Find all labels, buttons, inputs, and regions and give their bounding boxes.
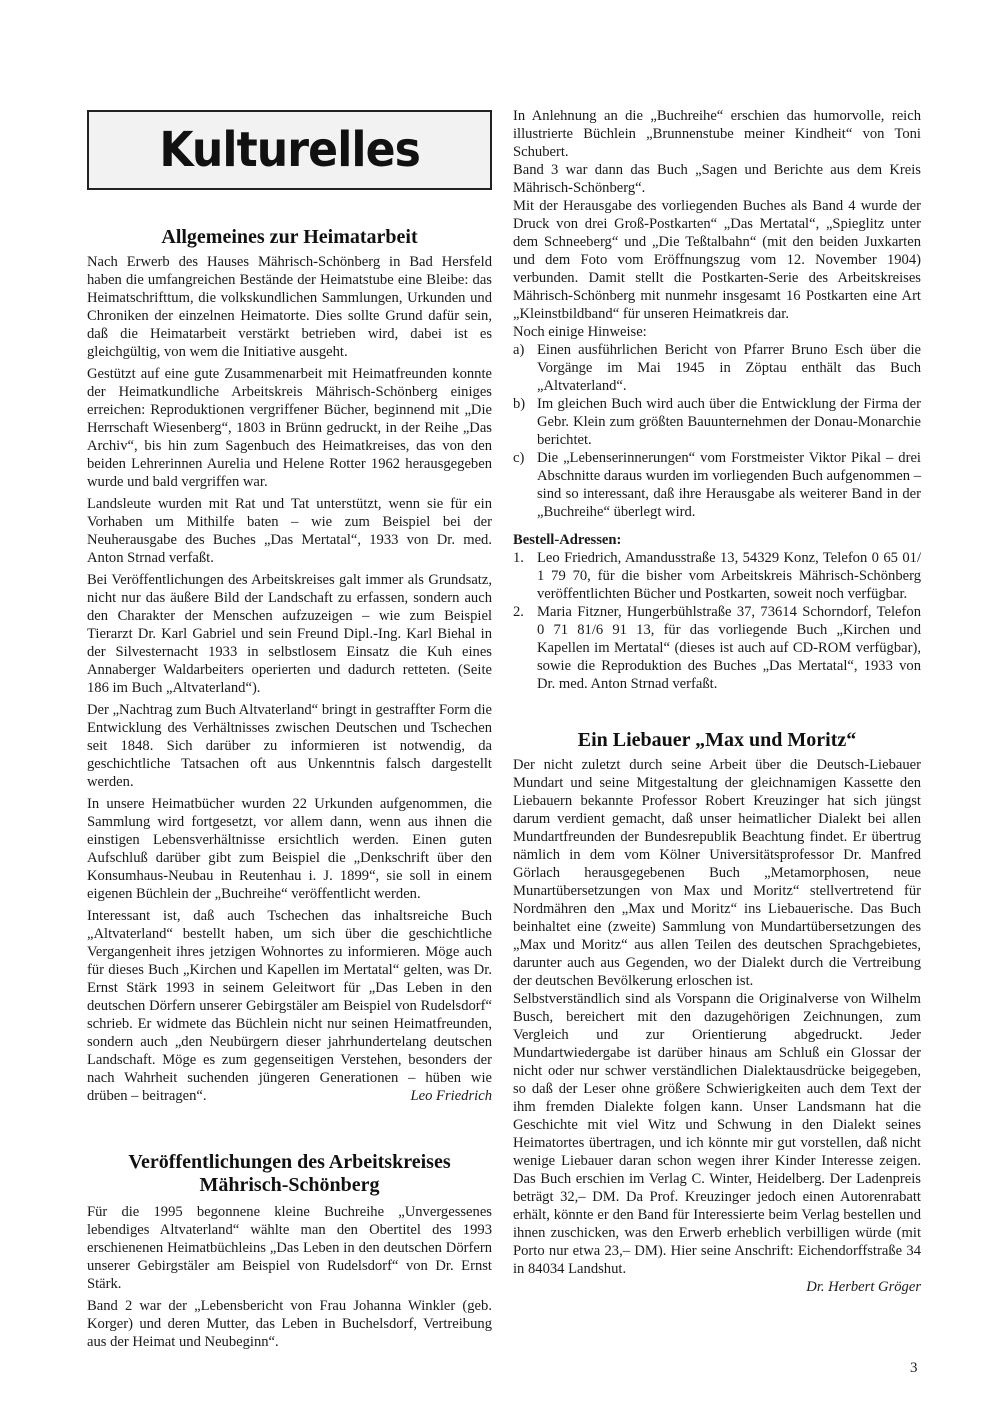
- list-item: 2.Maria Fitzner, Hungerbühlstraße 37, 73…: [513, 603, 921, 693]
- paragraph: Nach Erwerb des Hauses Mährisch-Schönber…: [87, 253, 492, 361]
- list-item: c)Die „Lebenserinnerungen“ vom Forstmeis…: [513, 449, 921, 521]
- article-title-heimatarbeit: Allgemeines zur Heimatarbeit: [87, 226, 492, 249]
- author-byline: Dr. Herbert Gröger: [513, 1278, 921, 1296]
- addresses-list: 1.Leo Friedrich, Amandusstraße 13, 54329…: [513, 549, 921, 693]
- paragraph: Mit der Herausgabe des vorliegenden Buch…: [513, 197, 921, 323]
- paragraph: Für die 1995 begonnene kleine Buchreihe …: [87, 1203, 492, 1293]
- list-marker: c): [513, 449, 524, 467]
- paragraph: Bei Veröffentlichungen des Arbeitskreise…: [87, 571, 492, 697]
- list-marker: 1.: [513, 549, 524, 567]
- paragraph: In unsere Heimatbücher wurden 22 Urkunde…: [87, 795, 492, 903]
- paragraph: Der nicht zuletzt durch seine Arbeit übe…: [513, 756, 921, 990]
- paragraph: Selbstverständlich sind als Vorspann die…: [513, 990, 921, 1278]
- list-marker: a): [513, 341, 524, 359]
- paragraph: Gestützt auf eine gute Zusammenarbeit mi…: [87, 365, 492, 491]
- list-text: Einen ausführlichen Bericht von Pfarrer …: [537, 342, 921, 394]
- list-item: 1.Leo Friedrich, Amandusstraße 13, 54329…: [513, 549, 921, 603]
- paragraph-text: Interessant ist, daß auch Tschechen das …: [87, 908, 492, 1104]
- list-item: a)Einen ausführlichen Bericht von Pfarre…: [513, 341, 921, 395]
- notes-list: a)Einen ausführlichen Bericht von Pfarre…: [513, 341, 921, 521]
- paragraph: Band 2 war der „Lebensbericht von Frau J…: [87, 1297, 492, 1351]
- article-title-max-und-moritz: Ein Liebauer „Max und Moritz“: [513, 729, 921, 752]
- paragraph: In Anlehnung an die „Buchreihe“ erschien…: [513, 107, 921, 161]
- paragraph: Band 3 war dann das Buch „Sagen und Beri…: [513, 161, 921, 197]
- paragraph: Interessant ist, daß auch Tschechen das …: [87, 907, 492, 1105]
- page-number: 3: [910, 1360, 918, 1377]
- paragraph: Der „Nachtrag zum Buch Altvaterland“ bri…: [87, 701, 492, 791]
- list-text: Leo Friedrich, Amandusstraße 13, 54329 K…: [537, 550, 921, 602]
- title-line: Veröffentlichungen des Arbeitskreises: [128, 1151, 450, 1173]
- title-line: Mährisch-Schönberg: [200, 1174, 380, 1196]
- list-item: b)Im gleichen Buch wird auch über die En…: [513, 395, 921, 449]
- list-text: Maria Fitzner, Hungerbühlstraße 37, 7361…: [537, 604, 921, 692]
- left-column: Allgemeines zur Heimatarbeit Nach Erwerb…: [87, 0, 492, 1355]
- paragraph: Noch einige Hinweise:: [513, 323, 921, 341]
- list-text: Die „Lebenserinnerungen“ vom Forstmeiste…: [537, 450, 921, 520]
- paragraph: Landsleute wurden mit Rat und Tat unters…: [87, 495, 492, 567]
- list-marker: b): [513, 395, 525, 413]
- list-marker: 2.: [513, 603, 524, 621]
- addresses-label: Bestell-Adressen:: [513, 531, 921, 549]
- article-title-veroeffentlichungen: Veröffentlichungen des Arbeitskreises Mä…: [87, 1151, 492, 1197]
- list-text: Im gleichen Buch wird auch über die Entw…: [537, 396, 921, 448]
- right-column: In Anlehnung an die „Buchreihe“ erschien…: [513, 0, 921, 1296]
